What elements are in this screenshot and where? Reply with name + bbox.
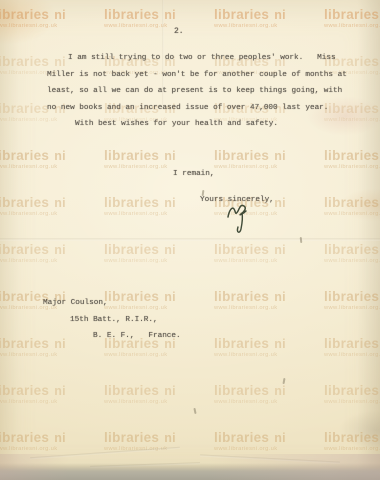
libraries-ni-logo: librariesni <box>324 432 380 444</box>
watermark-tile: librariesniwww.librariesni.org.uk <box>0 432 98 452</box>
watermark-tile: librariesniwww.librariesni.org.uk <box>214 150 318 170</box>
watermark-url: www.librariesni.org.uk <box>324 117 380 123</box>
watermark-tile: librariesniwww.librariesni.org.uk <box>324 244 380 264</box>
libraries-ni-logo: librariesni <box>0 338 98 350</box>
fold-line <box>0 238 380 241</box>
libraries-ni-logo: librariesni <box>324 244 380 256</box>
libraries-ni-logo: librariesni <box>104 432 208 444</box>
libraries-ni-logo: librariesni <box>324 150 380 162</box>
watermark-tile: librariesniwww.librariesni.org.uk <box>0 150 98 170</box>
libraries-ni-logo: librariesni <box>104 9 208 21</box>
libraries-ni-logo: librariesni <box>324 9 380 21</box>
watermark-tile: librariesniwww.librariesni.org.uk <box>104 338 208 358</box>
watermark-tile: librariesniwww.librariesni.org.uk <box>0 338 98 358</box>
watermark-url: www.librariesni.org.uk <box>214 258 318 264</box>
libraries-ni-logo: librariesni <box>0 9 98 21</box>
watermark-tile: librariesniwww.librariesni.org.uk <box>104 9 208 29</box>
watermark-url: www.librariesni.org.uk <box>104 305 208 311</box>
body-line: least, so all we can do at present is to… <box>47 86 342 96</box>
libraries-ni-logo: librariesni <box>324 103 380 115</box>
libraries-ni-logo: librariesni <box>214 150 318 162</box>
libraries-ni-logo: librariesni <box>104 150 208 162</box>
watermark-tile: librariesniwww.librariesni.org.uk <box>324 338 380 358</box>
closing-remain: I remain, <box>173 169 215 179</box>
watermark-url: www.librariesni.org.uk <box>104 446 208 452</box>
watermark-tile: librariesniwww.librariesni.org.uk <box>104 385 208 405</box>
watermark-url: www.librariesni.org.uk <box>214 446 318 452</box>
watermark-url: www.librariesni.org.uk <box>324 446 380 452</box>
page-number: 2. <box>174 27 184 37</box>
signature-initials <box>226 201 256 237</box>
body-line: I am still trying to do two or three peo… <box>68 53 336 63</box>
watermark-tile: librariesniwww.librariesni.org.uk <box>324 150 380 170</box>
watermark-url: www.librariesni.org.uk <box>324 164 380 170</box>
watermark-tile: librariesniwww.librariesni.org.uk <box>0 197 98 217</box>
libraries-ni-logo: librariesni <box>214 432 318 444</box>
watermark-url: www.librariesni.org.uk <box>0 258 98 264</box>
libraries-ni-logo: librariesni <box>214 385 318 397</box>
watermark-url: www.librariesni.org.uk <box>104 211 208 217</box>
watermark-url: www.librariesni.org.uk <box>0 446 98 452</box>
watermark-tile: librariesniwww.librariesni.org.uk <box>324 197 380 217</box>
watermark-url: www.librariesni.org.uk <box>324 211 380 217</box>
watermark-tile: librariesniwww.librariesni.org.uk <box>324 9 380 29</box>
watermark-tile: librariesniwww.librariesni.org.uk <box>324 291 380 311</box>
paper-speck <box>300 237 302 243</box>
watermark-url: www.librariesni.org.uk <box>214 23 318 29</box>
letter-page: librariesniwww.librariesni.org.uklibrari… <box>0 0 380 480</box>
libraries-ni-logo: librariesni <box>214 338 318 350</box>
libraries-ni-logo: librariesni <box>0 432 98 444</box>
watermark-tile: librariesniwww.librariesni.org.uk <box>214 9 318 29</box>
watermark-tile: librariesniwww.librariesni.org.uk <box>0 385 98 405</box>
watermark-tile: librariesniwww.librariesni.org.uk <box>214 385 318 405</box>
address-line: B. E. F., France. <box>93 331 181 341</box>
watermark-tile: librariesniwww.librariesni.org.uk <box>0 9 98 29</box>
paper-bottom-edge <box>0 454 380 480</box>
watermark-url: www.librariesni.org.uk <box>214 352 318 358</box>
watermark-tile: librariesniwww.librariesni.org.uk <box>214 432 318 452</box>
watermark-url: www.librariesni.org.uk <box>104 23 208 29</box>
watermark-url: www.librariesni.org.uk <box>214 305 318 311</box>
libraries-ni-logo: librariesni <box>104 385 208 397</box>
watermark-url: www.librariesni.org.uk <box>0 23 98 29</box>
paper-speck <box>282 378 285 384</box>
watermark-tile: librariesniwww.librariesni.org.uk <box>104 150 208 170</box>
watermark-url: www.librariesni.org.uk <box>324 23 380 29</box>
watermark-url: www.librariesni.org.uk <box>0 164 98 170</box>
watermark-tile: librariesniwww.librariesni.org.uk <box>214 291 318 311</box>
libraries-ni-logo: librariesni <box>0 150 98 162</box>
address-line: Major Coulson, <box>43 298 108 308</box>
crease-line <box>200 454 340 463</box>
libraries-ni-logo: librariesni <box>0 244 98 256</box>
libraries-ni-logo: librariesni <box>104 197 208 209</box>
libraries-ni-logo: librariesni <box>214 244 318 256</box>
watermark-url: www.librariesni.org.uk <box>324 258 380 264</box>
crease-line <box>30 447 180 459</box>
libraries-ni-logo: librariesni <box>324 197 380 209</box>
libraries-ni-logo: librariesni <box>214 9 318 21</box>
watermark-url: www.librariesni.org.uk <box>0 211 98 217</box>
watermark-url: www.librariesni.org.uk <box>214 399 318 405</box>
watermark-url: www.librariesni.org.uk <box>324 399 380 405</box>
body-line: With best wishes for your health and saf… <box>75 119 278 129</box>
watermark-tile: librariesniwww.librariesni.org.uk <box>104 432 208 452</box>
watermark-tile: librariesniwww.librariesni.org.uk <box>104 291 208 311</box>
watermark-url: www.librariesni.org.uk <box>104 258 208 264</box>
watermark-tile: librariesniwww.librariesni.org.uk <box>324 432 380 452</box>
crease-line <box>90 462 200 468</box>
watermark-url: www.librariesni.org.uk <box>0 399 98 405</box>
body-line: no new books and an increased issue of o… <box>47 103 328 113</box>
libraries-ni-logo: librariesni <box>0 197 98 209</box>
body-line: Miller is not back yet - won't be for an… <box>47 70 347 80</box>
libraries-ni-logo: librariesni <box>324 291 380 303</box>
watermark-tile: librariesniwww.librariesni.org.uk <box>214 338 318 358</box>
libraries-ni-logo: librariesni <box>104 291 208 303</box>
address-line: 15th Batt., R.I.R., <box>70 315 158 325</box>
watermark-url: www.librariesni.org.uk <box>214 164 318 170</box>
watermark-url: www.librariesni.org.uk <box>104 399 208 405</box>
libraries-ni-logo: librariesni <box>324 385 380 397</box>
watermark-tile: librariesniwww.librariesni.org.uk <box>0 244 98 264</box>
watermark-tile: librariesniwww.librariesni.org.uk <box>214 244 318 264</box>
libraries-ni-logo: librariesni <box>324 338 380 350</box>
libraries-ni-logo: librariesni <box>104 244 208 256</box>
paper-speck <box>193 408 196 414</box>
watermark-url: www.librariesni.org.uk <box>0 352 98 358</box>
watermark-url: www.librariesni.org.uk <box>324 352 380 358</box>
watermark-tile: librariesniwww.librariesni.org.uk <box>104 244 208 264</box>
watermark-url: www.librariesni.org.uk <box>104 352 208 358</box>
watermark-tile: librariesniwww.librariesni.org.uk <box>104 197 208 217</box>
watermark-url: www.librariesni.org.uk <box>324 305 380 311</box>
watermark-tile: librariesniwww.librariesni.org.uk <box>324 103 380 123</box>
libraries-ni-logo: librariesni <box>0 385 98 397</box>
libraries-ni-logo: librariesni <box>214 291 318 303</box>
watermark-tile: librariesniwww.librariesni.org.uk <box>324 385 380 405</box>
